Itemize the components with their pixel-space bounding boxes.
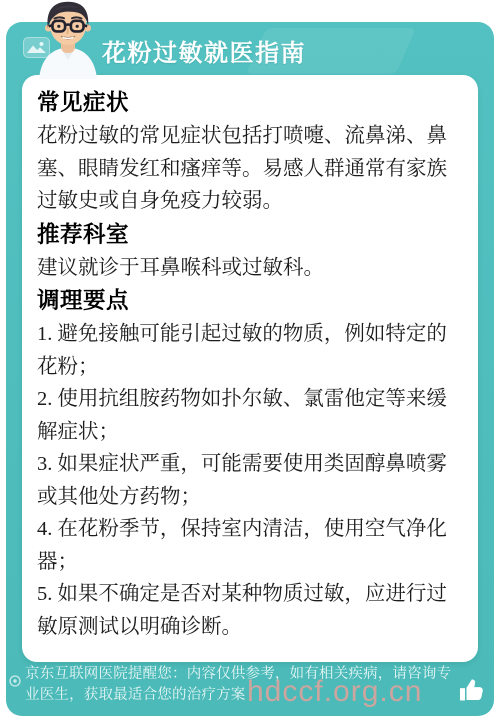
list-item-text: 如果症状严重，可能需要使用类固醇鼻喷雾或其他处方药物； — [37, 452, 447, 508]
list-item-number: 3. — [37, 453, 52, 475]
section-body-symptoms: 花粉过敏的常见症状包括打喷嚏、流鼻涕、鼻塞、眼睛发红和瘙痒等。易感人群通常有家族… — [37, 120, 463, 218]
thumbs-up-icon[interactable] — [458, 676, 486, 704]
list-item-text: 避免接触可能引起过敏的物质，例如特定的花粉； — [37, 322, 447, 378]
section-heading-department: 推荐科室 — [37, 218, 463, 252]
infographic-page: 花粉过敏就医指南 常见症状 花粉过敏的常见症状包括打喷嚏、流鼻涕、鼻塞、眼睛发红… — [0, 0, 500, 728]
list-item-text: 如果不确定是否对某种物质过敏，应进行过敏原测试以明确诊断。 — [37, 582, 447, 638]
list-item-number: 2. — [37, 388, 52, 410]
list-item-number: 1. — [37, 323, 52, 345]
page-title: 花粉过敏就医指南 — [102, 33, 306, 68]
teal-frame: 花粉过敏就医指南 常见症状 花粉过敏的常见症状包括打喷嚏、流鼻涕、鼻塞、眼睛发红… — [6, 22, 494, 716]
content-card: 常见症状 花粉过敏的常见症状包括打喷嚏、流鼻涕、鼻塞、眼睛发红和瘙痒等。易感人群… — [22, 75, 478, 662]
list-item: 5.如果不确定是否对某种物质过敏，应进行过敏原测试以明确诊断。 — [37, 578, 463, 643]
list-item: 3.如果症状严重，可能需要使用类固醇鼻喷雾或其他处方药物； — [37, 448, 463, 513]
list-item-number: 4. — [37, 518, 52, 540]
list-item-number: 5. — [37, 583, 52, 605]
doctor-avatar-icon — [31, 1, 105, 79]
list-item-text: 在花粉季节，保持室内清洁，使用空气净化器； — [37, 517, 447, 573]
section-body-department: 建议就诊于耳鼻喉科或过敏科。 — [37, 252, 463, 285]
section-heading-care-points: 调理要点 — [37, 284, 463, 318]
list-item: 2.使用抗组胺药物如扑尔敏、氯雷他定等来缓解症状； — [37, 383, 463, 448]
list-item: 4.在花粉季节，保持室内清洁，使用空气净化器； — [37, 513, 463, 578]
info-icon — [9, 674, 21, 686]
section-heading-symptoms: 常见症状 — [37, 86, 463, 120]
footer: 京东互联网医院提醒您：内容仅供参考，如有相关疾病，请咨询专业医生，获取最适合您的… — [6, 660, 494, 716]
list-item: 1.避免接触可能引起过敏的物质，例如特定的花粉； — [37, 318, 463, 383]
footer-notice: 京东互联网医院提醒您：内容仅供参考，如有相关疾病，请咨询专业医生，获取最适合您的… — [25, 664, 457, 707]
list-item-text: 使用抗组胺药物如扑尔敏、氯雷他定等来缓解症状； — [37, 387, 447, 443]
